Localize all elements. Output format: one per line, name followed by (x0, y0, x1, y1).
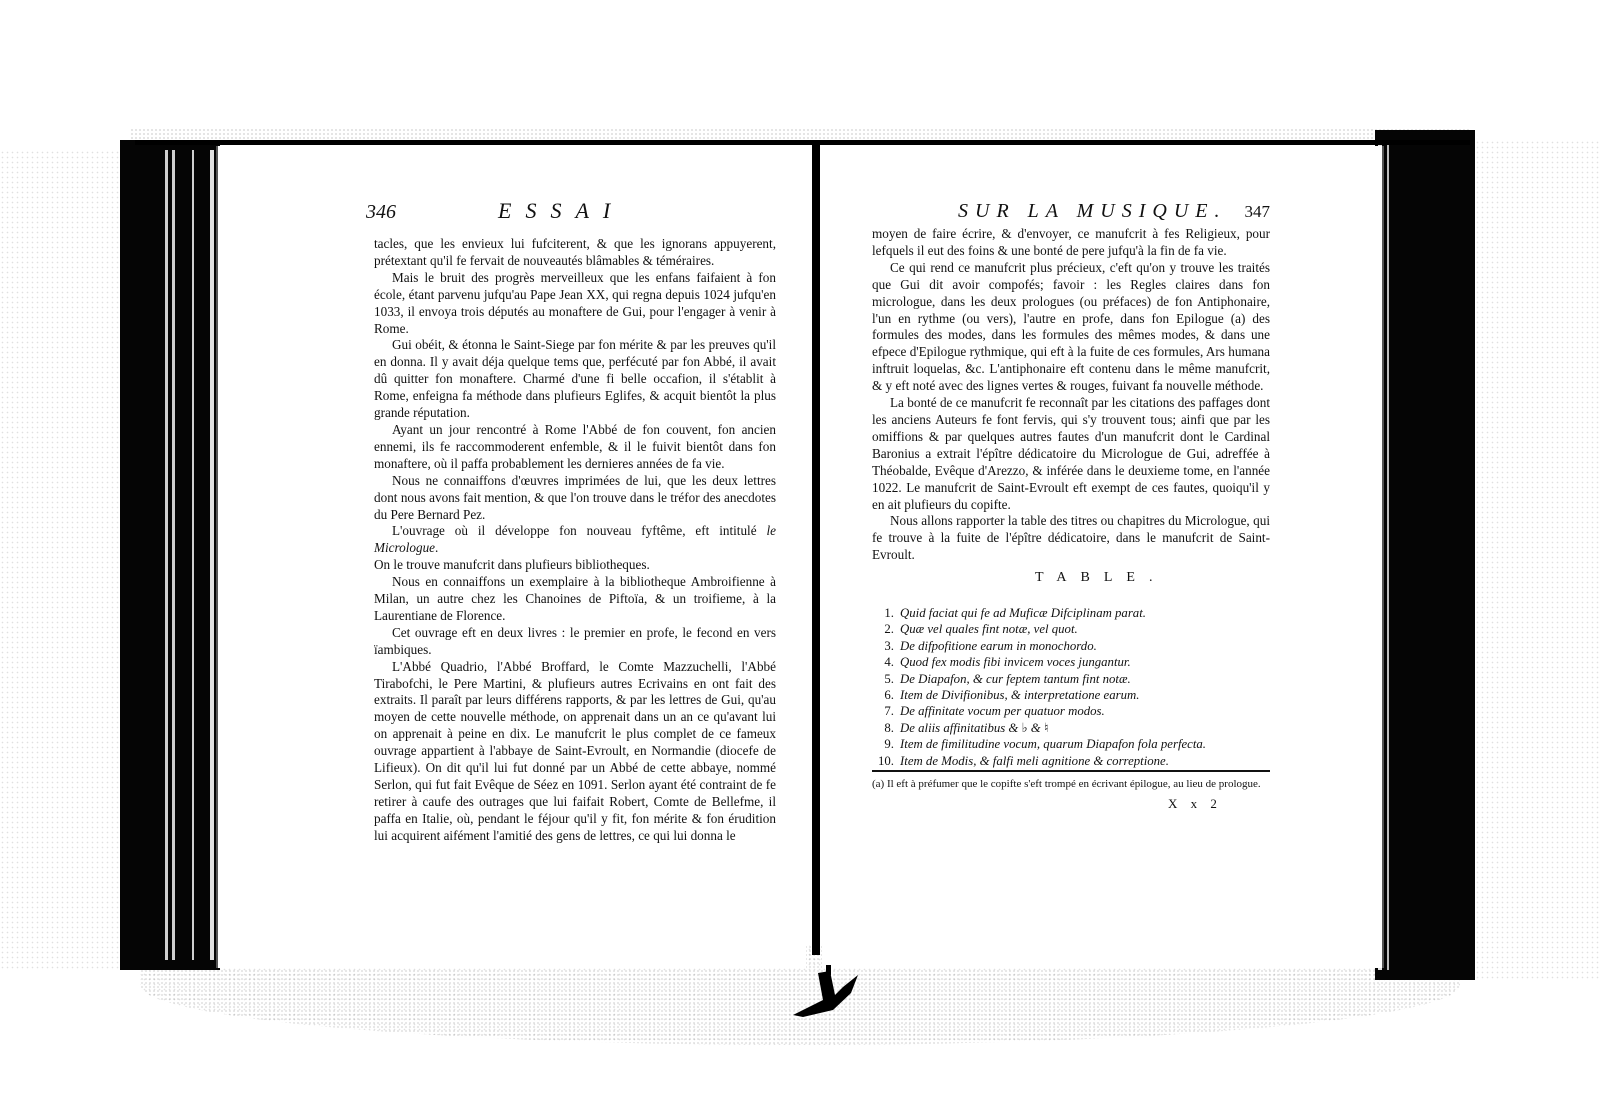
running-head: ESSAI (498, 198, 624, 224)
entry-number: 10. (872, 753, 894, 769)
entry-text: Quod fex modis fibi invicem voces jungan… (900, 654, 1131, 670)
background-speckle-left (0, 150, 120, 970)
page-number: 347 (1245, 202, 1271, 222)
entry-text: Item de Modis, & falfi meli agnitione & … (900, 753, 1169, 769)
book-cover-left (120, 140, 220, 970)
paragraph: Nous en connaiffons un exemplaire à la b… (374, 574, 776, 625)
paragraph: moyen de faire écrire, & d'envoyer, ce m… (872, 226, 1270, 260)
entry-text: Item de Divifionibus, & interpretatione … (900, 687, 1139, 703)
paragraph: On le trouve manufcrit dans plufieurs bi… (374, 557, 776, 574)
paragraph: La bonté de ce manufcrit fe reconnaît pa… (872, 395, 1270, 513)
book-cover-right (1375, 130, 1475, 980)
table-entry: 2.Quæ vel quales fint notæ, vel quot. (872, 621, 1272, 637)
left-page-body: tacles, que les envieux lui fufciterent,… (374, 236, 776, 845)
table-entry: 6.Item de Divifionibus, & interpretation… (872, 687, 1272, 703)
table-heading: TABLE. (1035, 570, 1166, 586)
entry-text: Quæ vel quales fint notæ, vel quot. (900, 621, 1078, 637)
footnote-divider (872, 770, 1270, 772)
running-head: SUR LA MUSIQUE. (958, 200, 1227, 223)
page-number: 346 (366, 201, 396, 224)
text-run: . (435, 540, 438, 555)
entry-number: 5. (872, 671, 894, 687)
signature-mark: X x 2 (1168, 796, 1222, 812)
entry-text: Item de fimilitudine vocum, quarum Diapa… (900, 736, 1206, 752)
table-of-chapters: 1.Quid faciat qui fe ad Muficæ Difciplin… (872, 605, 1272, 769)
entry-number: 7. (872, 703, 894, 719)
left-page-header: 346 ESSAI (366, 198, 780, 224)
paragraph: Nous allons rapporter la table des titre… (872, 513, 1270, 564)
entry-number: 1. (872, 605, 894, 621)
table-entry: 3.De difpofitione earum in monochordo. (872, 638, 1272, 654)
paragraph: Ce qui rend ce manufcrit plus précieux, … (872, 260, 1270, 395)
paragraph: Cet ouvrage eft en deux livres : le prem… (374, 625, 776, 659)
table-entry: 10.Item de Modis, & falfi meli agnitione… (872, 753, 1272, 769)
paragraph: Nous ne connaiffons d'œuvres imprimées d… (374, 473, 776, 524)
footnote: (a) Il eft à préfumer que le copifte s'e… (872, 778, 1272, 790)
entry-number: 8. (872, 720, 894, 736)
paragraph: L'Abbé Quadrio, l'Abbé Broffard, le Comt… (374, 659, 776, 845)
paragraph: L'ouvrage où il développe fon nouveau fy… (374, 523, 776, 557)
entry-number: 4. (872, 654, 894, 670)
table-entry: 7.De affinitate vocum per quatuor modos. (872, 703, 1272, 719)
paragraph: Ayant un jour rencontré à Rome l'Abbé de… (374, 422, 776, 473)
paragraph: Mais le bruit des progrès merveilleux qu… (374, 270, 776, 338)
entry-text: Quid faciat qui fe ad Muficæ Difciplinam… (900, 605, 1146, 621)
table-entry: 8.De aliis affinitatibus & ♭ & ♮ (872, 720, 1272, 736)
table-entry: 4.Quod fex modis fibi invicem voces jung… (872, 654, 1272, 670)
entry-text: De Diapafon, & cur feptem tantum fint no… (900, 671, 1131, 687)
book-top-border (135, 140, 1470, 145)
entry-text: De aliis affinitatibus & ♭ & ♮ (900, 720, 1049, 736)
right-page-header: SUR LA MUSIQUE. 347 (958, 200, 1278, 223)
paragraph: tacles, que les envieux lui fufciterent,… (374, 236, 776, 270)
entry-text: De difpofitione earum in monochordo. (900, 638, 1097, 654)
bookmark-ribbon-icon (783, 965, 883, 1035)
table-entry: 1.Quid faciat qui fe ad Muficæ Difciplin… (872, 605, 1272, 621)
table-entry: 5.De Diapafon, & cur feptem tantum fint … (872, 671, 1272, 687)
right-page-body: moyen de faire écrire, & d'envoyer, ce m… (872, 226, 1270, 564)
entry-number: 6. (872, 687, 894, 703)
book-gutter (812, 140, 820, 955)
background-speckle-right (1460, 140, 1600, 980)
entry-text: De affinitate vocum per quatuor modos. (900, 703, 1105, 719)
text-run: L'ouvrage où il développe fon nouveau fy… (392, 523, 766, 538)
entry-number: 2. (872, 621, 894, 637)
paragraph: Gui obéit, & étonna le Saint-Siege par f… (374, 337, 776, 422)
entry-number: 3. (872, 638, 894, 654)
entry-number: 9. (872, 736, 894, 752)
table-entry: 9.Item de fimilitudine vocum, quarum Dia… (872, 736, 1272, 752)
book-top-edge (130, 128, 1470, 140)
